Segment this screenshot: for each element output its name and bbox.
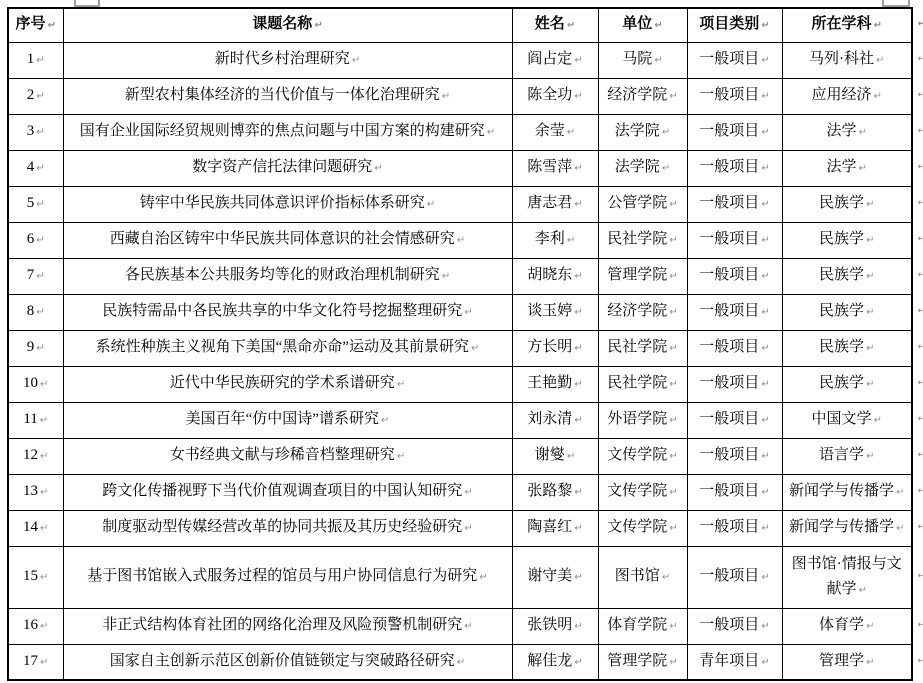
cell-category: 一般项目 (687, 114, 782, 150)
table-row: 10 近代中华民族研究的学术系谱研究 王艳勤 民社学院 一般项目 民族学 (8, 366, 912, 402)
cell-unit: 法学院 (598, 150, 687, 186)
cell-discipline: 民族学 (782, 330, 912, 366)
cell-name: 唐志君 (512, 186, 598, 222)
cell-name: 谢守美 (512, 546, 598, 608)
cell-discipline: 法学 (782, 114, 912, 150)
cell-unit: 民社学院 (598, 222, 687, 258)
cell-title: 基于图书馆嵌入式服务过程的馆员与用户协同信息行为研究 (63, 546, 512, 608)
table-row: 3 国有企业国际经贸规则博弈的焦点问题与中国方案的构建研究 余莹 法学院 一般项… (8, 114, 912, 150)
cell-no: 17 (8, 644, 63, 680)
cell-no: 4 (8, 150, 63, 186)
table-row: 12 女书经典文献与珍稀音档整理研究 谢燮 文传学院 一般项目 语言学 (8, 438, 912, 474)
cell-no: 9 (8, 330, 63, 366)
cell-title: 数字资产信托法律问题研究 (63, 150, 512, 186)
table-row: 16 非正式结构体育社团的网络化治理及风险预警机制研究 张铁明 体育学院 一般项… (8, 608, 912, 644)
cell-name: 谈玉婷 (512, 294, 598, 330)
cell-category: 一般项目 (687, 150, 782, 186)
cell-discipline: 马列·科社 (782, 42, 912, 78)
cell-title: 跨文化传播视野下当代价值观调查项目的中国认知研究 (63, 474, 512, 510)
cell-discipline: 管理学 (782, 644, 912, 680)
project-approval-table: 序号 课题名称 姓名 单位 项目类别 所在学科 1 新时代乡村治理研究 阎占定 … (7, 7, 913, 681)
cell-unit: 民社学院 (598, 366, 687, 402)
cell-discipline: 民族学 (782, 366, 912, 402)
header-no: 序号 (8, 8, 63, 42)
table-header-row: 序号 课题名称 姓名 单位 项目类别 所在学科 (8, 8, 912, 42)
cell-category: 一般项目 (687, 258, 782, 294)
cell-name: 解佳龙 (512, 644, 598, 680)
cell-discipline: 民族学 (782, 186, 912, 222)
cell-category: 一般项目 (687, 438, 782, 474)
cell-unit: 文传学院 (598, 510, 687, 546)
cell-discipline: 民族学 (782, 294, 912, 330)
cell-title: 美国百年“仿中国诗”谱系研究 (63, 402, 512, 438)
cell-unit: 法学院 (598, 114, 687, 150)
cell-name: 方长明 (512, 330, 598, 366)
header-name: 姓名 (512, 8, 598, 42)
cell-title: 新型农村集体经济的当代价值与一体化治理研究 (63, 78, 512, 114)
cropped-artifact-right (882, 0, 910, 7)
cell-no: 16 (8, 608, 63, 644)
cell-title: 铸牢中华民族共同体意识评价指标体系研究 (63, 186, 512, 222)
cell-name: 阎占定 (512, 42, 598, 78)
cell-title: 系统性种族主义视角下美国“黑命亦命”运动及其前景研究 (63, 330, 512, 366)
cell-no: 12 (8, 438, 63, 474)
cell-unit: 文传学院 (598, 438, 687, 474)
cell-category: 一般项目 (687, 222, 782, 258)
cell-name: 陈全功 (512, 78, 598, 114)
cell-name: 张铁明 (512, 608, 598, 644)
table-row: 8 民族特需品中各民族共享的中华文化符号挖掘整理研究 谈玉婷 经济学院 一般项目… (8, 294, 912, 330)
cell-category: 一般项目 (687, 402, 782, 438)
cell-discipline: 民族学 (782, 258, 912, 294)
cell-name: 王艳勤 (512, 366, 598, 402)
cell-unit: 管理学院 (598, 258, 687, 294)
header-title: 课题名称 (63, 8, 512, 42)
cell-no: 7 (8, 258, 63, 294)
cell-category: 一般项目 (687, 42, 782, 78)
cell-no: 11 (8, 402, 63, 438)
cell-title: 西藏自治区铸牢中华民族共同体意识的社会情感研究 (63, 222, 512, 258)
cell-title: 新时代乡村治理研究 (63, 42, 512, 78)
cell-name: 陶喜红 (512, 510, 598, 546)
cell-unit: 经济学院 (598, 78, 687, 114)
cell-title: 国有企业国际经贸规则博弈的焦点问题与中国方案的构建研究 (63, 114, 512, 150)
cell-no: 8 (8, 294, 63, 330)
cell-discipline: 法学 (782, 150, 912, 186)
cell-unit: 文传学院 (598, 474, 687, 510)
cell-discipline: 应用经济 (782, 78, 912, 114)
header-discipline: 所在学科 (782, 8, 912, 42)
table-row: 17 国家自主创新示范区创新价值链锁定与突破路径研究 解佳龙 管理学院 青年项目… (8, 644, 912, 680)
table-row: 15 基于图书馆嵌入式服务过程的馆员与用户协同信息行为研究 谢守美 图书馆 一般… (8, 546, 912, 608)
cell-no: 3 (8, 114, 63, 150)
cell-category: 一般项目 (687, 366, 782, 402)
cell-no: 14 (8, 510, 63, 546)
table-row: 11 美国百年“仿中国诗”谱系研究 刘永清 外语学院 一般项目 中国文学 (8, 402, 912, 438)
cell-no: 5 (8, 186, 63, 222)
cell-category: 一般项目 (687, 294, 782, 330)
cell-category: 一般项目 (687, 546, 782, 608)
cell-no: 6 (8, 222, 63, 258)
cell-category: 一般项目 (687, 510, 782, 546)
cell-no: 2 (8, 78, 63, 114)
cell-no: 13 (8, 474, 63, 510)
table-row: 2 新型农村集体经济的当代价值与一体化治理研究 陈全功 经济学院 一般项目 应用… (8, 78, 912, 114)
cell-title: 民族特需品中各民族共享的中华文化符号挖掘整理研究 (63, 294, 512, 330)
cell-title: 女书经典文献与珍稀音档整理研究 (63, 438, 512, 474)
cell-unit: 外语学院 (598, 402, 687, 438)
cell-unit: 民社学院 (598, 330, 687, 366)
cell-unit: 体育学院 (598, 608, 687, 644)
cell-category: 一般项目 (687, 330, 782, 366)
cell-unit: 图书馆 (598, 546, 687, 608)
document-page: 序号 课题名称 姓名 单位 项目类别 所在学科 1 新时代乡村治理研究 阎占定 … (0, 0, 923, 683)
cell-category: 一般项目 (687, 186, 782, 222)
cell-no: 15 (8, 546, 63, 608)
table-row: 7 各民族基本公共服务均等化的财政治理机制研究 胡晓东 管理学院 一般项目 民族… (8, 258, 912, 294)
cell-discipline: 语言学 (782, 438, 912, 474)
cell-name: 余莹 (512, 114, 598, 150)
cell-title: 非正式结构体育社团的网络化治理及风险预警机制研究 (63, 608, 512, 644)
cell-title: 近代中华民族研究的学术系谱研究 (63, 366, 512, 402)
cell-no: 10 (8, 366, 63, 402)
cell-name: 胡晓东 (512, 258, 598, 294)
cell-title: 各民族基本公共服务均等化的财政治理机制研究 (63, 258, 512, 294)
table-row: 1 新时代乡村治理研究 阎占定 马院 一般项目 马列·科社 (8, 42, 912, 78)
cell-no: 1 (8, 42, 63, 78)
cell-unit: 公管学院 (598, 186, 687, 222)
header-category: 项目类别 (687, 8, 782, 42)
table-row: 9 系统性种族主义视角下美国“黑命亦命”运动及其前景研究 方长明 民社学院 一般… (8, 330, 912, 366)
cell-discipline: 体育学 (782, 608, 912, 644)
header-unit: 单位 (598, 8, 687, 42)
table-row: 6 西藏自治区铸牢中华民族共同体意识的社会情感研究 李利 民社学院 一般项目 民… (8, 222, 912, 258)
cell-unit: 管理学院 (598, 644, 687, 680)
table-row: 13 跨文化传播视野下当代价值观调查项目的中国认知研究 张路黎 文传学院 一般项… (8, 474, 912, 510)
cell-discipline: 新闻学与传播学 (782, 510, 912, 546)
table-row: 5 铸牢中华民族共同体意识评价指标体系研究 唐志君 公管学院 一般项目 民族学 (8, 186, 912, 222)
cell-discipline: 新闻学与传播学 (782, 474, 912, 510)
cell-name: 陈雪萍 (512, 150, 598, 186)
cell-title: 国家自主创新示范区创新价值链锁定与突破路径研究 (63, 644, 512, 680)
table-row: 14 制度驱动型传媒经营改革的协同共振及其历史经验研究 陶喜红 文传学院 一般项… (8, 510, 912, 546)
cell-name: 谢燮 (512, 438, 598, 474)
cell-discipline: 民族学 (782, 222, 912, 258)
cell-discipline: 中国文学 (782, 402, 912, 438)
cell-name: 张路黎 (512, 474, 598, 510)
cropped-artifact-left (74, 0, 100, 7)
cell-category: 一般项目 (687, 474, 782, 510)
cell-category: 一般项目 (687, 78, 782, 114)
cell-category: 一般项目 (687, 608, 782, 644)
cell-unit: 马院 (598, 42, 687, 78)
cell-name: 李利 (512, 222, 598, 258)
cell-title: 制度驱动型传媒经营改革的协同共振及其历史经验研究 (63, 510, 512, 546)
table-row: 4 数字资产信托法律问题研究 陈雪萍 法学院 一般项目 法学 (8, 150, 912, 186)
cell-category: 青年项目 (687, 644, 782, 680)
cell-discipline: 图书馆·情报与文献学 (782, 546, 912, 608)
cell-unit: 经济学院 (598, 294, 687, 330)
cell-name: 刘永清 (512, 402, 598, 438)
